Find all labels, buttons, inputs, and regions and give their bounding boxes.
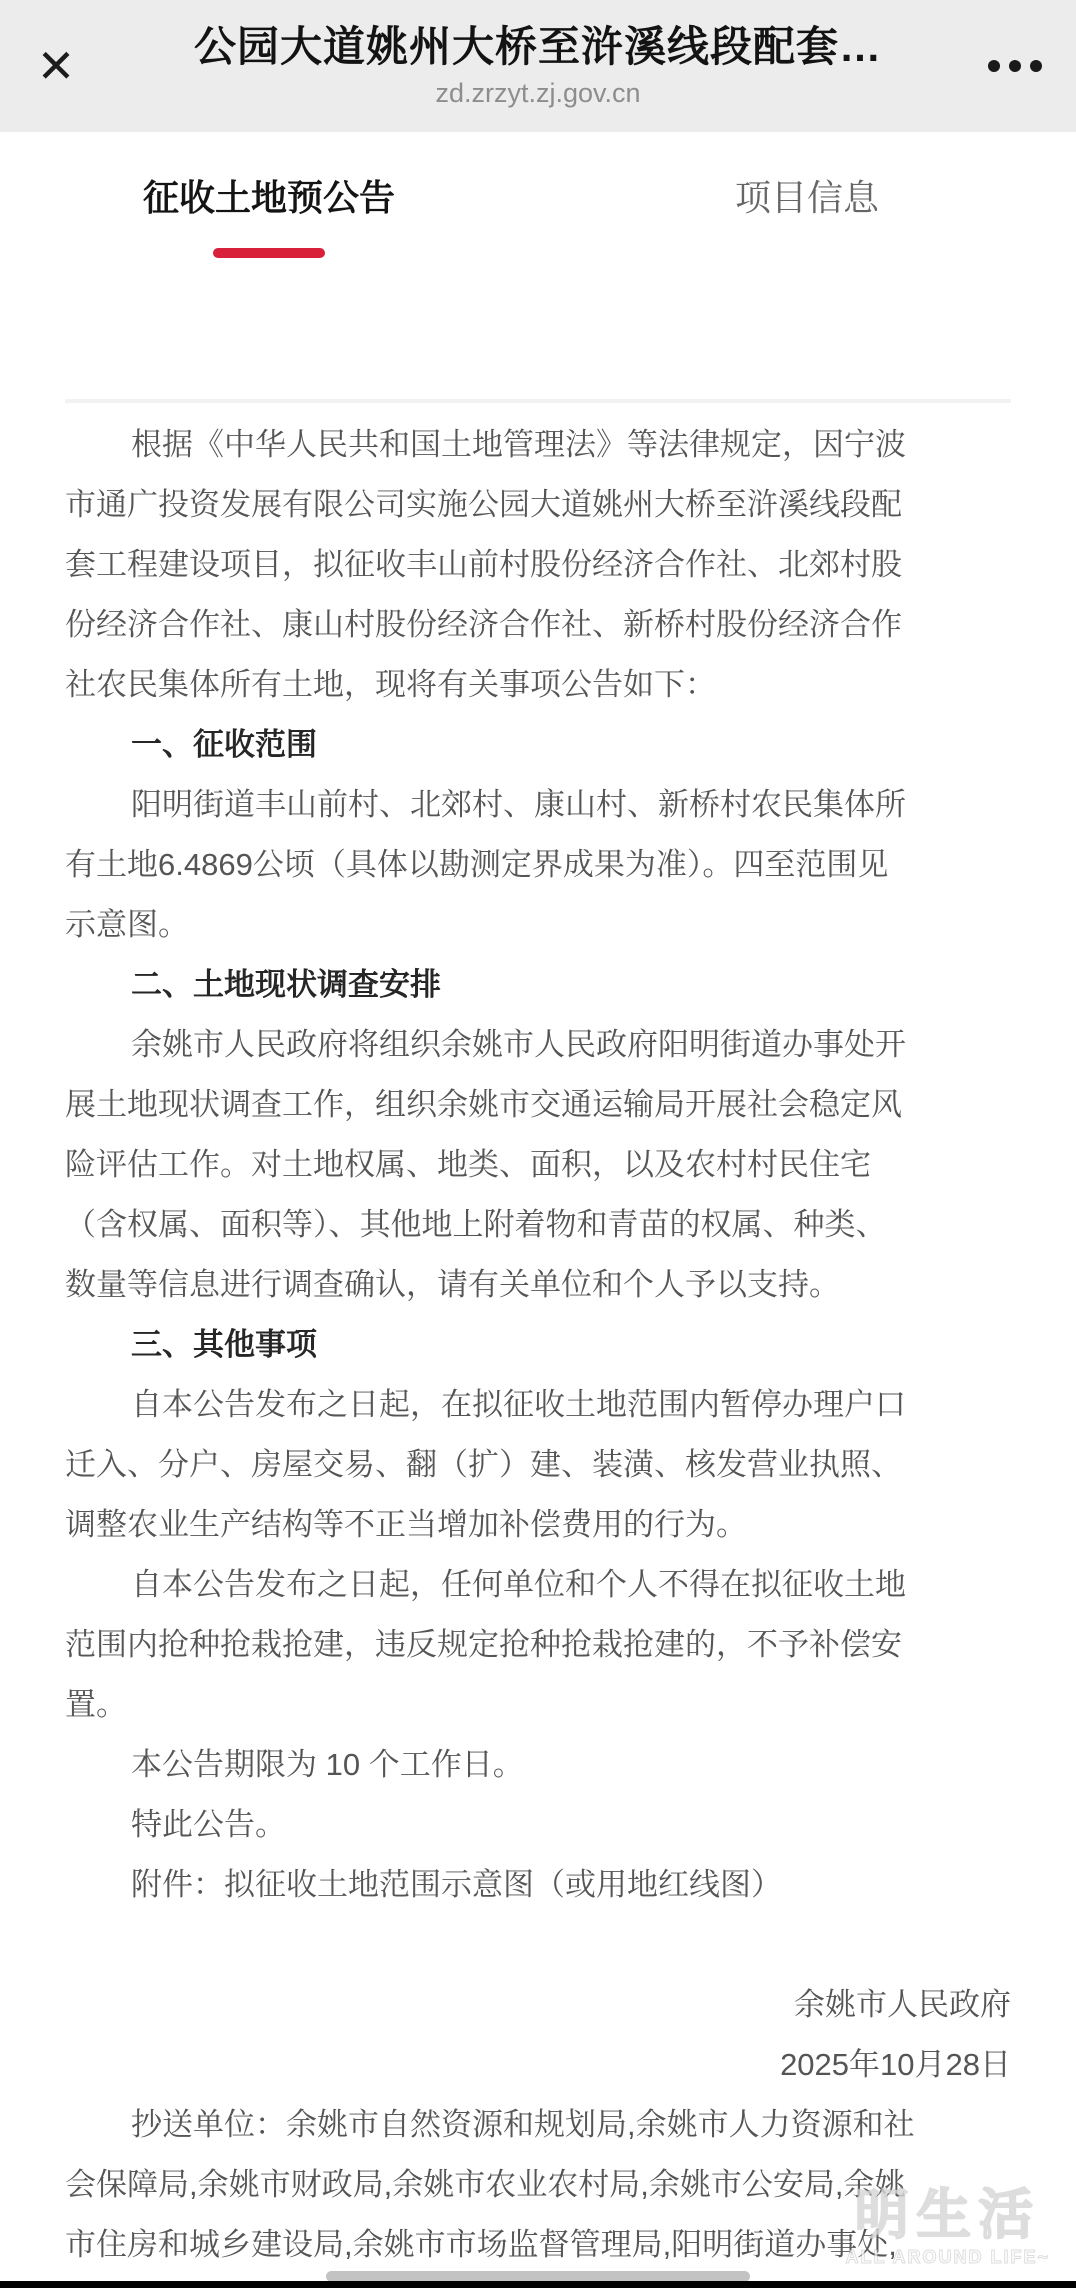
more-dot bbox=[988, 60, 1000, 72]
paragraph-line: 有土地6.4869公顷（具体以勘测定界成果为准）。四至范围见 bbox=[65, 835, 1011, 895]
paragraph-line: 市住房和城乡建设局,余姚市市场监督管理局,阳明街道办事处, bbox=[65, 2215, 1011, 2275]
paragraph-line: 迁入、分户、房屋交易、翻（扩）建、装潢、核发营业执照、 bbox=[65, 1435, 1011, 1495]
close-icon[interactable]: ✕ bbox=[28, 38, 84, 94]
paragraph-line: 阳明街道丰山前村、北郊村、康山村、新桥村农民集体所 bbox=[65, 775, 1011, 835]
paragraph-line: 套工程建设项目，拟征收丰山前村股份经济合作社、北郊村股 bbox=[65, 535, 1011, 595]
announcement-content: 根据《中华人民共和国土地管理法》等法律规定，因宁波市通广投资发展有限公司实施公园… bbox=[65, 399, 1011, 2275]
paragraph-line: 自本公告发布之日起，在拟征收土地范围内暂停办理户口 bbox=[65, 1375, 1011, 1435]
paragraph-line: 附件：拟征收土地范围示意图（或用地红线图） bbox=[65, 1855, 1011, 1915]
paragraph-line: 抄送单位：余姚市自然资源和规划局,余姚市人力资源和社 bbox=[65, 2095, 1011, 2155]
announcement-text: 根据《中华人民共和国土地管理法》等法律规定，因宁波市通广投资发展有限公司实施公园… bbox=[65, 415, 1011, 2275]
content-top-divider bbox=[65, 399, 1011, 403]
paragraph-line: 市通广投资发展有限公司实施公园大道姚州大桥至浒溪线段配 bbox=[65, 475, 1011, 535]
paragraph-line: 本公告期限为 10 个工作日。 bbox=[65, 1735, 1011, 1795]
blank-line bbox=[65, 1915, 1011, 1975]
paragraph-line: 份经济合作社、康山村股份经济合作社、新桥村股份经济合作 bbox=[65, 595, 1011, 655]
section-heading: 三、其他事项 bbox=[65, 1315, 1011, 1375]
screen-bottom-edge bbox=[0, 2281, 1076, 2288]
paragraph-line: 险评估工作。对土地权属、地类、面积，以及农村村民住宅 bbox=[65, 1135, 1011, 1195]
paragraph-line: 展土地现状调查工作，组织余姚市交通运输局开展社会稳定风 bbox=[65, 1075, 1011, 1135]
tab-label: 项目信息 bbox=[735, 177, 879, 218]
paragraph-line: 数量等信息进行调查确认，请有关单位和个人予以支持。 bbox=[65, 1255, 1011, 1315]
paragraph-line: 范围内抢种抢栽抢建，违反规定抢种抢栽抢建的，不予补偿安 bbox=[65, 1615, 1011, 1675]
browser-titlebar: ✕ 公园大道姚州大桥至浒溪线段配套… zd.zrzyt.zj.gov.cn bbox=[0, 0, 1076, 132]
paragraph-line: （含权属、面积等）、其他地上附着物和青苗的权属、种类、 bbox=[65, 1195, 1011, 1255]
paragraph-line: 自本公告发布之日起，任何单位和个人不得在拟征收土地 bbox=[65, 1555, 1011, 1615]
paragraph-line: 置。 bbox=[65, 1675, 1011, 1735]
paragraph-line: 特此公告。 bbox=[65, 1795, 1011, 1855]
tab-project-info[interactable]: 项目信息 bbox=[538, 132, 1076, 272]
signature-line: 2025年10月28日 bbox=[65, 2035, 1011, 2095]
more-menu-icon[interactable] bbox=[988, 60, 1042, 72]
paragraph-line: 社农民集体所有土地，现将有关事项公告如下： bbox=[65, 655, 1011, 715]
tab-land-acquisition-pre-announcement[interactable]: 征收土地预公告 bbox=[0, 132, 538, 272]
paragraph-line: 余姚市人民政府将组织余姚市人民政府阳明街道办事处开 bbox=[65, 1015, 1011, 1075]
page-title: 公园大道姚州大桥至浒溪线段配套… bbox=[0, 0, 1076, 70]
more-dot bbox=[1009, 60, 1021, 72]
more-dot bbox=[1030, 60, 1042, 72]
paragraph-line: 调整农业生产结构等不正当增加补偿费用的行为。 bbox=[65, 1495, 1011, 1555]
tab-label: 征收土地预公告 bbox=[143, 177, 395, 218]
paragraph-line: 根据《中华人民共和国土地管理法》等法律规定，因宁波 bbox=[65, 415, 1011, 475]
paragraph-line: 示意图。 bbox=[65, 895, 1011, 955]
signature-line: 余姚市人民政府 bbox=[65, 1975, 1011, 2035]
section-heading: 二、土地现状调查安排 bbox=[65, 955, 1011, 1015]
active-tab-underline bbox=[213, 248, 325, 258]
tab-bar: 征收土地预公告 项目信息 bbox=[0, 132, 1076, 272]
section-heading: 一、征收范围 bbox=[65, 715, 1011, 775]
paragraph-line: 会保障局,余姚市财政局,余姚市农业农村局,余姚市公安局,余姚 bbox=[65, 2155, 1011, 2215]
page-url: zd.zrzyt.zj.gov.cn bbox=[0, 79, 1076, 109]
